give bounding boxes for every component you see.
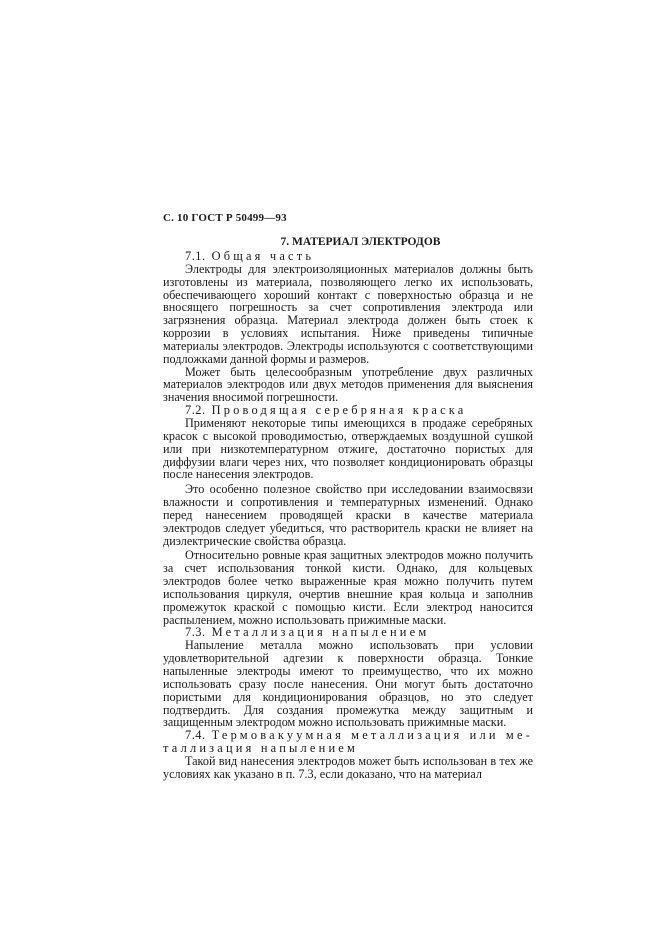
paragraph: Может быть целесообразным употребление д… xyxy=(163,366,533,405)
page-header: С. 10 ГОСТ Р 50499—93 xyxy=(163,212,287,224)
paragraph: Применяют некоторые типы имеющихся в про… xyxy=(163,417,533,481)
document-body: 7.1.Общая часть Электроды для электроизо… xyxy=(163,250,533,781)
paragraph: Напыление металла можно использовать при… xyxy=(163,639,533,729)
paragraph: Электроды для электроизоляционных матери… xyxy=(163,263,533,366)
paragraph: Такой вид нанесения электродов может быт… xyxy=(163,755,533,781)
subsection-heading-7-4-cont: таллизация напылением xyxy=(163,742,533,755)
section-title: 7. МАТЕРИАЛ ЭЛЕКТРОДОВ xyxy=(0,236,661,248)
paragraph: Это особенно полезное свойство при иссле… xyxy=(163,483,533,547)
paragraph: Относительно ровные края защитных электр… xyxy=(163,549,533,626)
subsection-heading-7-1: 7.1.Общая часть xyxy=(163,250,533,263)
